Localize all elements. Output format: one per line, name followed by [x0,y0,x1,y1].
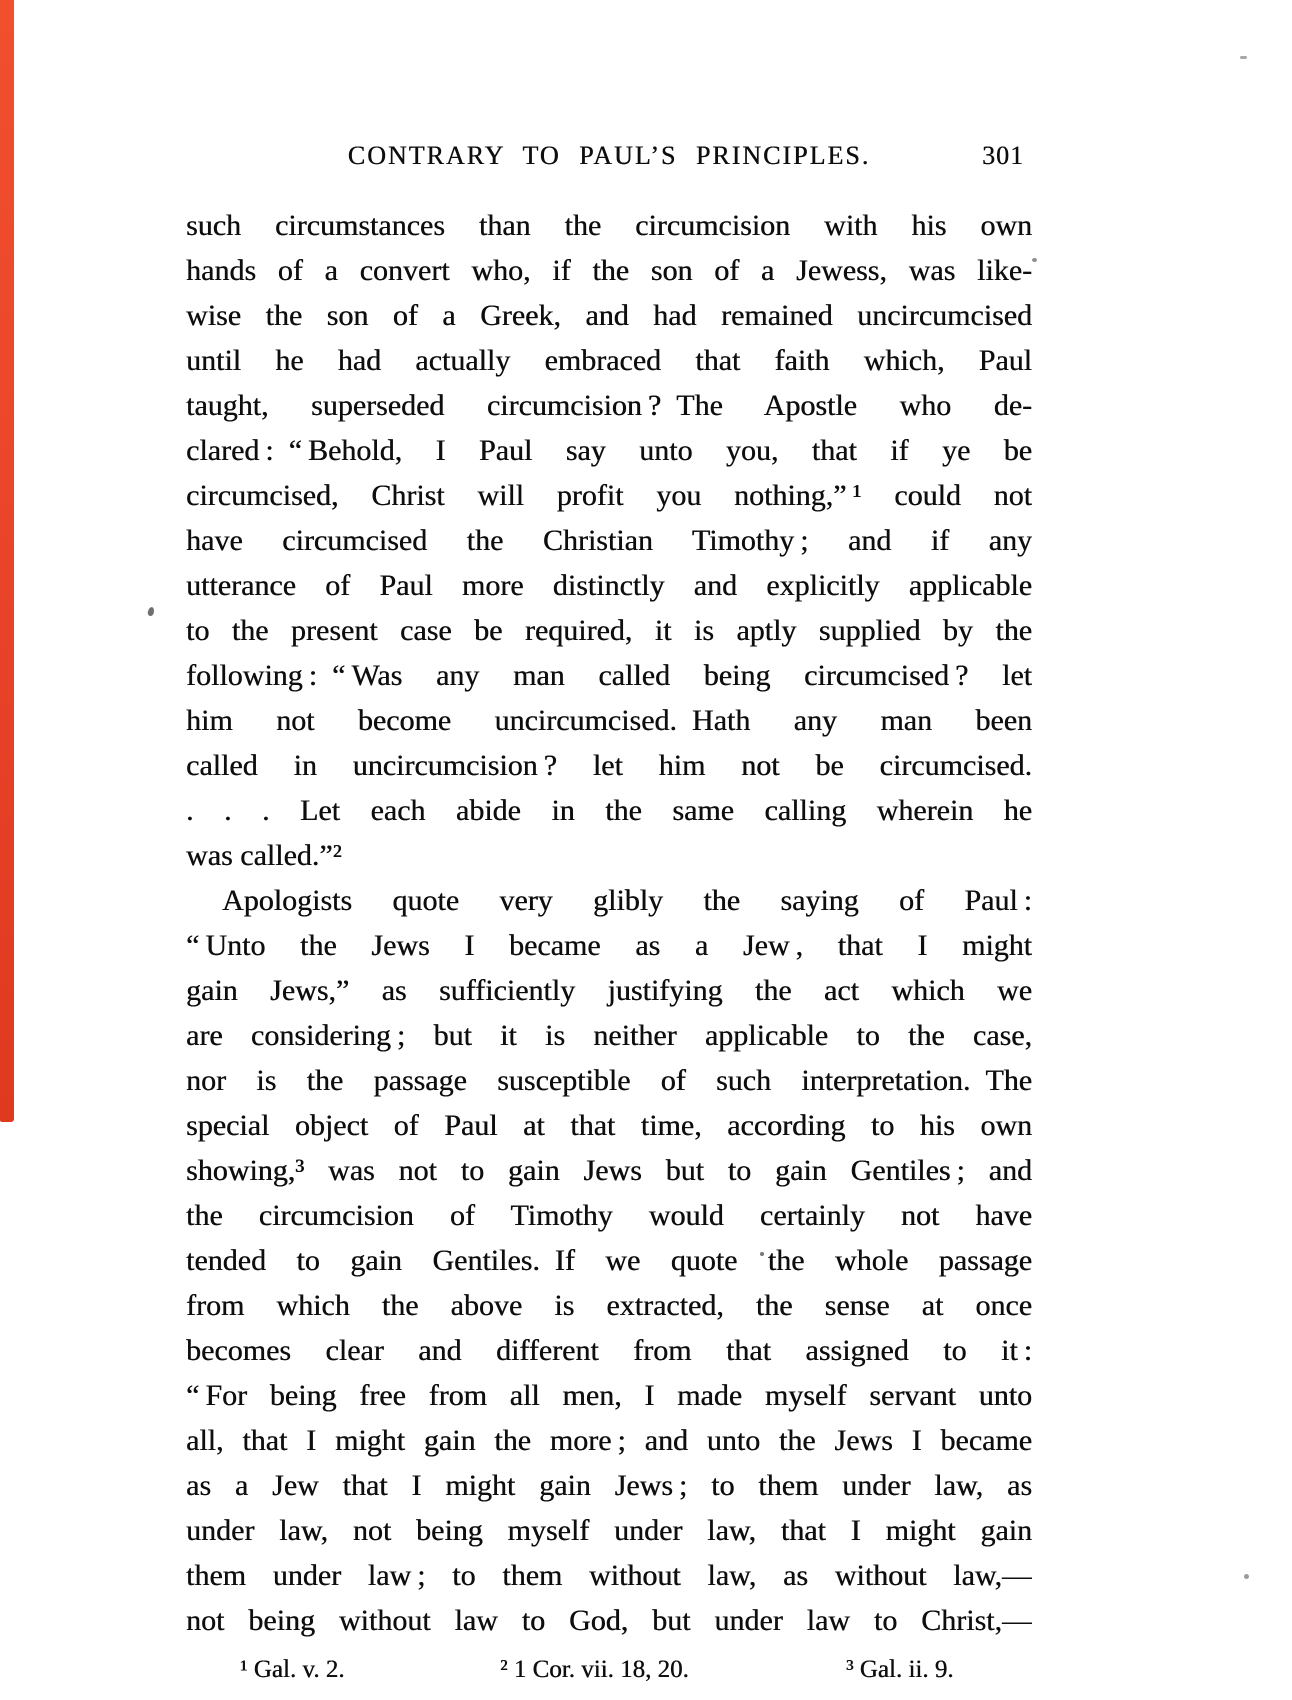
text-line: Apologists quote very glibly the saying … [186,878,1032,923]
text-line: him not become uncircumcised. Hath any m… [186,698,1032,743]
text-line: becomes clear and different from that as… [186,1328,1032,1373]
text-line: tended to gain Gentiles. If we quote the… [186,1238,1032,1283]
scan-speck [147,606,155,616]
page-number: 301 [982,138,1024,174]
text-line: gain Jews,” as sufficiently justifying t… [186,968,1032,1013]
text-line: special object of Paul at that time, acc… [186,1103,1032,1148]
text-line: to the present case be required, it is a… [186,608,1032,653]
text-line: showing,³ was not to gain Jews but to ga… [186,1148,1032,1193]
scan-artifact-red-stripe [0,0,14,1122]
text-line: . . . Let each abide in the same calling… [186,788,1032,833]
footnote: ¹ Gal. v. 2. [240,1652,344,1688]
text-line: circumcised, Christ will profit you noth… [186,473,1032,518]
text-line: from which the above is extracted, the s… [186,1283,1032,1328]
text-line: following : “ Was any man called being c… [186,653,1032,698]
footnote: ³ Gal. ii. 9. [846,1652,953,1688]
text-line: under law, not being myself under law, t… [186,1508,1032,1553]
text-line: the circumcision of Timothy would certai… [186,1193,1032,1238]
text-line: not being without law to God, but under … [186,1598,1032,1643]
body-text-column: such circumstances than the circumcision… [186,203,1032,1643]
text-line: are considering ; but it is neither appl… [186,1013,1032,1058]
scan-speck [1032,258,1037,262]
footnotes-row: ¹ Gal. v. 2.² 1 Cor. vii. 18, 20.³ Gal. … [0,1652,1292,1692]
footnote: ² 1 Cor. vii. 18, 20. [500,1652,689,1688]
running-title: CONTRARY TO PAUL’S PRINCIPLES. [348,141,871,170]
scan-speck [1244,1574,1249,1579]
text-line: was called.”² [186,833,1032,878]
text-line: taught, superseded circumcision ? The Ap… [186,383,1032,428]
text-line: all, that I might gain the more ; and un… [186,1418,1032,1463]
text-line: wise the son of a Greek, and had remaine… [186,293,1032,338]
book-page: CONTRARY TO PAUL’S PRINCIPLES. 301 such … [0,0,1292,1700]
text-line: “ Unto the Jews I became as a Jew , that… [186,923,1032,968]
scan-speck [1240,56,1247,59]
scan-speck [760,1252,764,1256]
text-line: clared : “ Behold, I Paul say unto you, … [186,428,1032,473]
text-line: called in uncircumcision ? let him not b… [186,743,1032,788]
text-line: “ For being free from all men, I made my… [186,1373,1032,1418]
running-head: CONTRARY TO PAUL’S PRINCIPLES. 301 [186,138,1032,174]
text-line: them under law ; to them without law, as… [186,1553,1032,1598]
text-line: hands of a convert who, if the son of a … [186,248,1032,293]
text-line: as a Jew that I might gain Jews ; to the… [186,1463,1032,1508]
text-line: utterance of Paul more distinctly and ex… [186,563,1032,608]
text-line: nor is the passage susceptible of such i… [186,1058,1032,1103]
text-line: have circumcised the Christian Timothy ;… [186,518,1032,563]
text-line: until he had actually embraced that fait… [186,338,1032,383]
text-line: such circumstances than the circumcision… [186,203,1032,248]
